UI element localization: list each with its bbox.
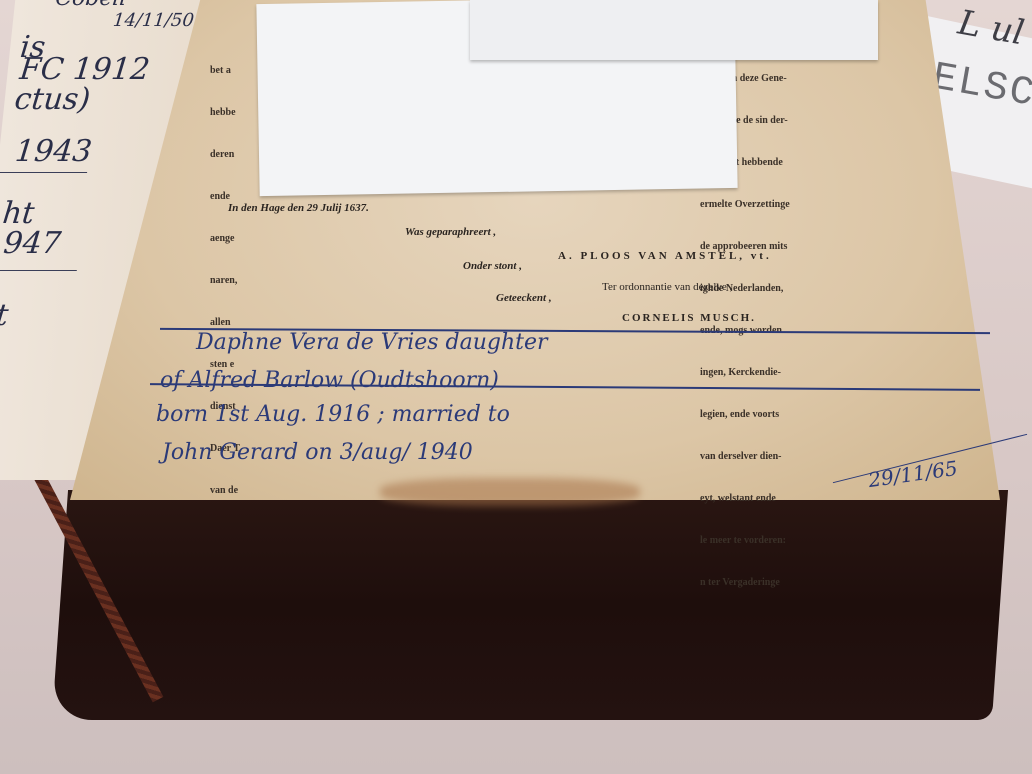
left-note: t: [0, 298, 10, 333]
left-note: ctus): [13, 82, 92, 117]
water-stain: [380, 478, 640, 506]
handwritten-line-4: John Gerard on 3/aug/ 1940: [162, 440, 473, 465]
handwritten-line-1: Daphne Vera de Vries daughter: [196, 330, 548, 355]
rule-line: [0, 270, 77, 271]
paraphed-label: Was geparaphreert ,: [405, 226, 496, 238]
left-note: 1943: [13, 134, 93, 169]
signed-label: Geteeckent ,: [496, 292, 552, 304]
under-label: Onder stont ,: [463, 260, 522, 272]
white-card-top: [470, 0, 878, 60]
order-label: Ter ordonnantie van dezelve ,: [602, 281, 732, 293]
rule-line: [0, 172, 87, 173]
handwritten-line-2: of Alfred Barlow (Oudtshoorn): [160, 368, 499, 393]
signer-cornelis-musch: CORNELIS MUSCH.: [622, 312, 756, 324]
place-date: In den Hage den 29 Julij 1637.: [228, 202, 369, 214]
left-note-date: 14/11/50: [112, 10, 195, 31]
signer-ploos-van-amstel: A. PLOOS VAN AMSTEL, vt.: [558, 250, 772, 262]
book-page-edges: [52, 490, 1008, 720]
left-note: 947: [2, 226, 63, 261]
handwritten-line-3: born 1st Aug. 1916 ; married to: [156, 402, 510, 427]
